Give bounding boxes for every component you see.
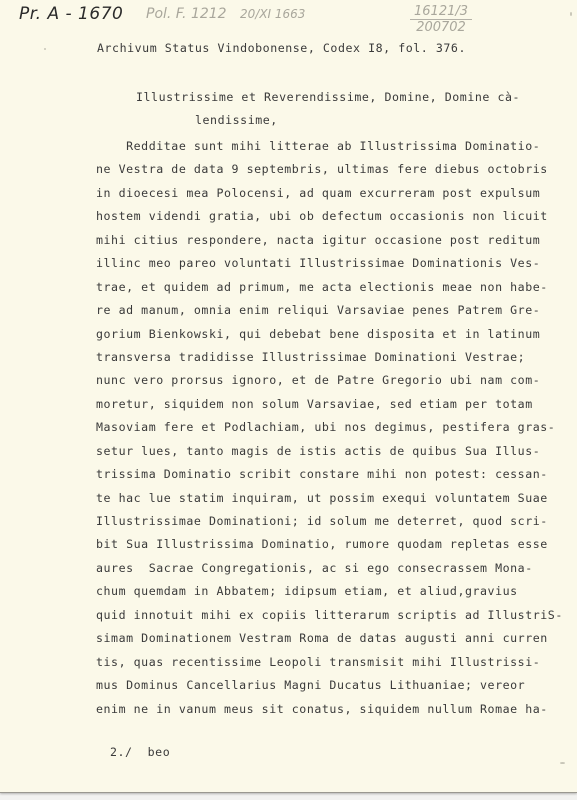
ink-reference-annotation: Pr. A - 1670 <box>19 4 123 24</box>
letter-line: bit Sua Illustrissima Dominatio, rumore … <box>96 533 563 556</box>
page-footer: 2./ beo <box>110 745 170 759</box>
letter-line: illinc meo pareo voluntati Illustrissima… <box>96 252 563 275</box>
letter-line: tis, quas recentissime Leopoli transmisi… <box>96 651 563 674</box>
pencil-reference-annotation: Pol. F. 1212 <box>146 6 227 22</box>
archive-citation: Archivum Status Vindobonense, Codex I8, … <box>97 41 466 55</box>
salutation-line-1: Illustrissime et Reverendissime, Domine,… <box>136 90 520 104</box>
letter-line: trissima Dominatio scribit constare mihi… <box>96 463 563 486</box>
page-marker: 2./ <box>110 745 133 759</box>
letter-line: quid innotuit mihi ex copiis litterarum … <box>96 604 563 627</box>
pencil-date-annotation: 20/XI 1663 <box>240 7 305 21</box>
letter-line: aures Sacrae Congregationis, ac si ego c… <box>96 557 563 580</box>
letter-line: nunc vero prorsus ignoro, et de Patre Gr… <box>96 369 563 392</box>
paper-speck <box>44 48 46 50</box>
letter-body: Redditae sunt mihi litterae ab Illustris… <box>96 135 563 721</box>
catchword: beo <box>148 745 171 759</box>
letter-line: simam Dominationem Vestram Roma de datas… <box>96 627 563 650</box>
letter-line: Redditae sunt mihi litterae ab Illustris… <box>96 135 563 158</box>
letter-line: Masoviam fere et Podlachiam, ubi nos deg… <box>96 416 563 439</box>
salutation-line-2: lendissime, <box>195 113 278 127</box>
paper-speck <box>570 12 572 16</box>
letter-line: transversa tradidisse Illustrissimae Dom… <box>96 346 563 369</box>
paper-speck <box>560 762 565 764</box>
letter-line: mihi citius respondere, nacta igitur occ… <box>96 229 563 252</box>
letter-line: trae, et quidem ad primum, me acta elect… <box>96 276 563 299</box>
catalog-number-bottom: 200702 <box>410 20 472 35</box>
document-page: Pr. A - 1670 Pol. F. 1212 20/XI 1663 161… <box>0 0 577 793</box>
letter-line: chum quemdam in Abbatem; idipsum etiam, … <box>96 580 563 603</box>
letter-line: ne Vestra de data 9 septembris, ultimas … <box>96 158 563 181</box>
letter-line: enim ne in vanum meus sit conatus, siqui… <box>96 698 563 721</box>
letter-line: in dioecesi mea Polocensi, ad quam excur… <box>96 182 563 205</box>
letter-line: te hac lue statim inquiram, ut possim ex… <box>96 487 563 510</box>
letter-line: mus Dominus Cancellarius Magni Ducatus L… <box>96 674 563 697</box>
letter-line: gorium Bienkowski, qui debebat bene disp… <box>96 323 563 346</box>
letter-line: setur lues, tanto magis de istis actis d… <box>96 440 563 463</box>
letter-line: moretur, siquidem non solum Varsaviae, s… <box>96 393 563 416</box>
catalog-number-annotation: 16121/3 200702 <box>410 4 472 35</box>
letter-line: Illustrissimae Dominationi; id solum me … <box>96 510 563 533</box>
catalog-number-top: 16121/3 <box>410 4 472 20</box>
letter-line: re ad manum, omnia enim reliqui Varsavia… <box>96 299 563 322</box>
letter-line: hostem videndi gratia, ubi ob defectum o… <box>96 205 563 228</box>
